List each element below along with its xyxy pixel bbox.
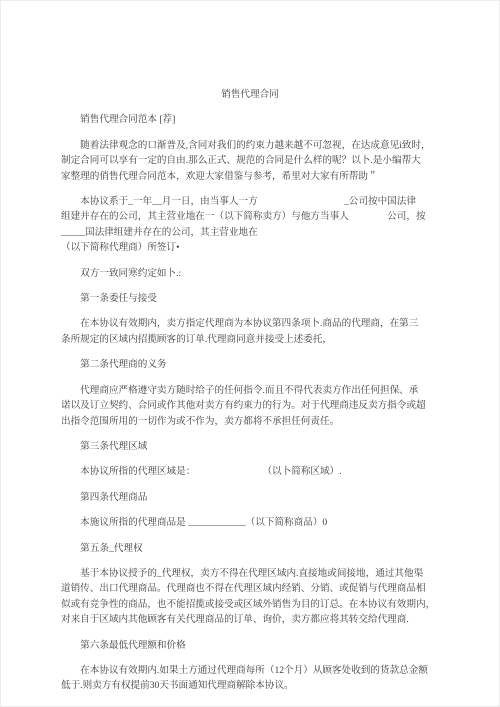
heading-article-1: 第一条委任与接受	[61, 291, 439, 306]
paragraph-agreement-lead: 双方一致同寒约定如卜.:	[61, 266, 439, 281]
heading-article-4: 第四条代理商品	[61, 490, 439, 505]
paragraph-article-6: 在本协议有效期内.如果土方通过代理商每所（12个月）从顾客处收到的货款总金额 低…	[61, 663, 439, 694]
heading-article-5: 第五条_代理权	[61, 541, 439, 556]
paragraph-article-2: 代理商应严格遵守卖方随时给子的任何指令.而且不得代表卖方作出任何担保、承 诺以及…	[61, 383, 439, 429]
document-title: 销售代理合同	[61, 87, 439, 102]
paragraph-article-4: 本施议所指的代理商品是 ____________（以下简称商品）0	[61, 515, 439, 530]
paragraph-article-1: 在本协议有效期内，卖方指定代理商为本协议第四条项卜.商品的代理商，在第三 条所规…	[61, 316, 439, 347]
paragraph-article-5: 基于本协议授予的_代理权，卖方不得在代理区域内.直接地或间接地，通过其他渠 道销…	[61, 566, 439, 628]
heading-article-6: 第六条最低代理额和价格	[61, 638, 439, 653]
document-page: 销售代理合同 销售代理合同范本 [荐] 随着法律观念的口渐普及,含同对我们的约束…	[0, 0, 500, 707]
paragraph-article-3: 本协议所指的代理区域是： （以卜简称区域）.	[61, 464, 439, 479]
heading-article-2: 第二条代理商的义务	[61, 357, 439, 372]
paragraph-intro: 随着法律观念的口渐普及,含同对我们的约束力越来越不可忽视，在达成意见i致时， 制…	[61, 138, 439, 184]
document-subtitle: 销售代理合同范本 [荐]	[61, 112, 439, 127]
paragraph-parties: 本协议系于_一年__月一日，由当事人一方 _公司按中国法律 组建并存在的公司，其…	[61, 194, 439, 256]
heading-article-3: 第三条代理区域	[61, 439, 439, 454]
